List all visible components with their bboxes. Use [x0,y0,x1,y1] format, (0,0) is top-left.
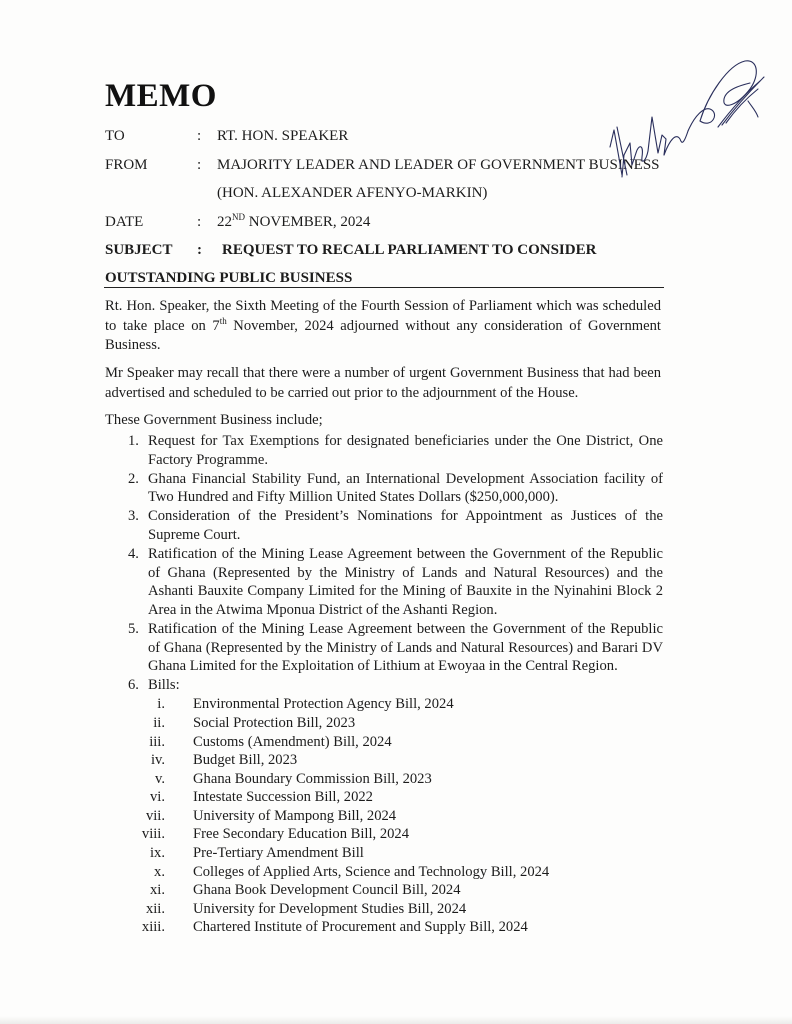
memo-title: MEMO [105,76,217,116]
to-label: TO [105,126,125,146]
bill-number: xiii. [125,918,165,937]
bill-number: viii. [125,825,165,844]
subject-value: REQUEST TO RECALL PARLIAMENT TO CONSIDER [222,240,596,260]
bill-number: i. [125,695,165,714]
bill-item: ix.Pre-Tertiary Amendment Bill [105,844,663,863]
list-item: 6.Bills: [105,676,663,695]
bill-item: x.Colleges of Applied Arts, Science and … [105,863,663,882]
list-item: 4.Ratification of the Mining Lease Agree… [105,545,663,619]
bill-title: Social Protection Bill, 2023 [193,714,355,733]
list-item-number: 2. [128,470,139,489]
date-day-suffix: ND [232,212,245,222]
subject-value-line2: OUTSTANDING PUBLIC BUSINESS [105,268,352,288]
from-value-name: (HON. ALEXANDER AFENYO-MARKIN) [217,183,487,203]
from-colon: : [197,155,201,175]
bill-number: ii. [125,714,165,733]
list-item-number: 5. [128,620,139,639]
bill-title: Budget Bill, 2023 [193,751,297,770]
to-value: RT. HON. SPEAKER [217,126,348,146]
list-item: 1.Request for Tax Exemptions for designa… [105,432,663,469]
bill-title: Customs (Amendment) Bill, 2024 [193,733,392,752]
to-colon: : [197,126,201,146]
bill-number: vi. [125,788,165,807]
scan-bottom-edge [0,1016,792,1024]
date-colon: : [197,212,201,232]
bill-title: Colleges of Applied Arts, Science and Te… [193,863,549,882]
bill-item: iv.Budget Bill, 2023 [105,751,663,770]
bill-title: Intestate Succession Bill, 2022 [193,788,373,807]
bill-number: iv. [125,751,165,770]
bill-title: University for Development Studies Bill,… [193,900,466,919]
subject-colon: : [197,240,202,260]
date-day: 22 [217,214,232,230]
list-item-number: 6. [128,676,139,695]
bill-title: Ghana Boundary Commission Bill, 2023 [193,770,432,789]
paragraph-1-ordinal: th [220,316,227,326]
bill-number: xii. [125,900,165,919]
bill-item: iii.Customs (Amendment) Bill, 2024 [105,733,663,752]
bill-item: v.Ghana Boundary Commission Bill, 2023 [105,770,663,789]
bill-number: x. [125,863,165,882]
handwritten-signature-icon [600,35,775,185]
body-paragraph-3: These Government Business include; [105,411,661,431]
bill-number: xi. [125,881,165,900]
header-divider [104,287,664,288]
from-label: FROM [105,155,148,175]
list-item-number: 3. [128,507,139,526]
bill-number: v. [125,770,165,789]
bill-item: i.Environmental Protection Agency Bill, … [105,695,663,714]
bill-title: Pre-Tertiary Amendment Bill [193,844,364,863]
bill-item: xii.University for Development Studies B… [105,900,663,919]
bill-title: Ghana Book Development Council Bill, 202… [193,881,461,900]
list-item: 5.Ratification of the Mining Lease Agree… [105,620,663,676]
list-item-number: 4. [128,545,139,564]
government-business-list: 1.Request for Tax Exemptions for designa… [105,432,663,937]
list-item: 2.Ghana Financial Stability Fund, an Int… [105,470,663,507]
bill-item: xiii.Chartered Institute of Procurement … [105,918,663,937]
list-item-text: Bills: [148,677,180,693]
list-item-text: Ratification of the Mining Lease Agreeme… [148,621,663,674]
bill-number: iii. [125,733,165,752]
body-paragraph-2: Mr Speaker may recall that there were a … [105,364,661,403]
body-paragraph-1: Rt. Hon. Speaker, the Sixth Meeting of t… [105,297,661,356]
bill-item: xi.Ghana Book Development Council Bill, … [105,881,663,900]
date-label: DATE [105,212,143,232]
bill-item: vii.University of Mampong Bill, 2024 [105,807,663,826]
bill-item: viii.Free Secondary Education Bill, 2024 [105,825,663,844]
bill-item: ii.Social Protection Bill, 2023 [105,714,663,733]
bill-number: vii. [125,807,165,826]
bill-number: ix. [125,844,165,863]
bill-item: vi.Intestate Succession Bill, 2022 [105,788,663,807]
bill-title: Chartered Institute of Procurement and S… [193,918,528,937]
list-item-text: Ratification of the Mining Lease Agreeme… [148,546,663,618]
list-item-text: Request for Tax Exemptions for designate… [148,433,663,468]
date-value: 22ND NOVEMBER, 2024 [217,212,370,232]
list-item-text: Ghana Financial Stability Fund, an Inter… [148,471,663,506]
bill-title: Environmental Protection Agency Bill, 20… [193,695,454,714]
list-item-number: 1. [128,432,139,451]
date-month-year: NOVEMBER, 2024 [245,214,370,230]
bill-title: Free Secondary Education Bill, 2024 [193,825,409,844]
list-item: 3.Consideration of the President’s Nomin… [105,507,663,544]
bill-title: University of Mampong Bill, 2024 [193,807,396,826]
subject-label: SUBJECT [105,240,173,260]
from-value: MAJORITY LEADER AND LEADER OF GOVERNMENT… [217,155,660,175]
memo-page: MEMO TO : RT. HON. SPEAKER FROM : MAJORI… [0,0,792,1024]
list-item-text: Consideration of the President’s Nominat… [148,508,663,543]
